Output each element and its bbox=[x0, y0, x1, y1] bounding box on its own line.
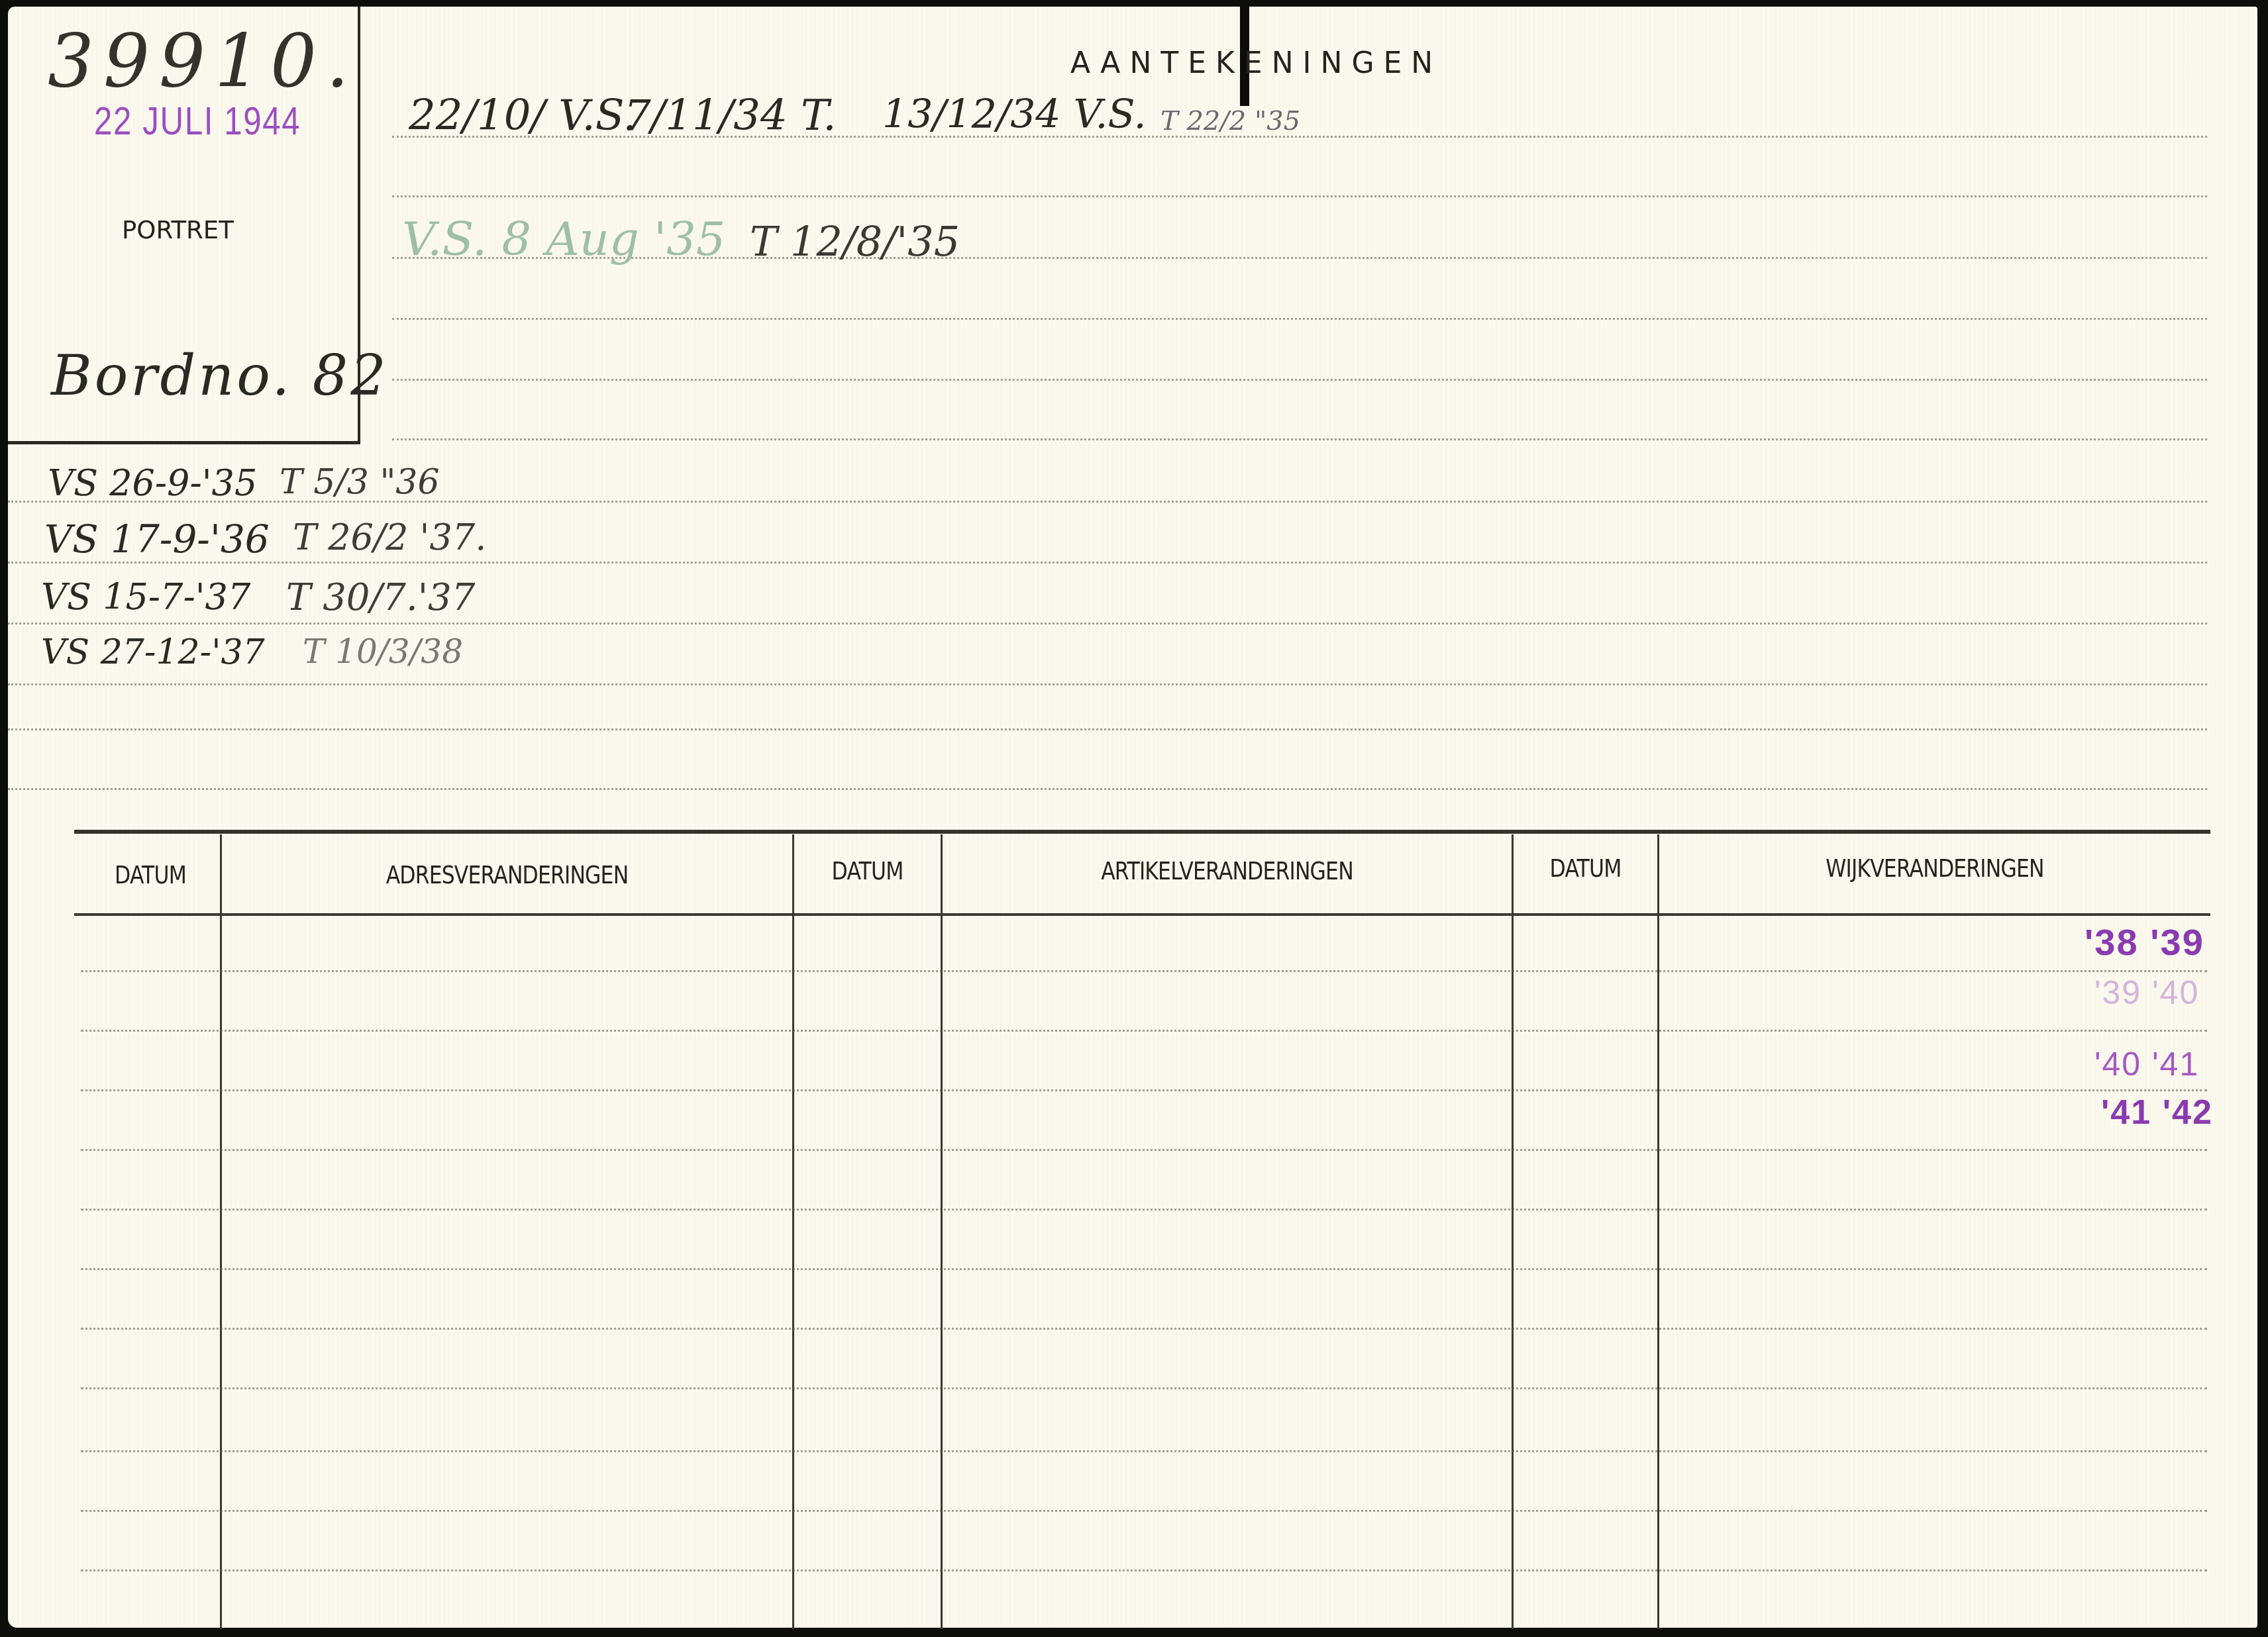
wijk-stamp: '40 '41 bbox=[2094, 1045, 2199, 1083]
t-entry: T 10/3/38 bbox=[303, 632, 463, 671]
table-row-line bbox=[81, 1149, 2207, 1151]
table-row-line bbox=[81, 1387, 2207, 1389]
col-header-adresveranderingen: ADRESVERANDERINGEN bbox=[265, 861, 750, 889]
col-header-datum-3: DATUM bbox=[1524, 854, 1646, 883]
note-line bbox=[8, 683, 2207, 685]
table-top-rule bbox=[74, 830, 2210, 834]
note-entry: 7/11/34 T. bbox=[624, 91, 837, 140]
note-line bbox=[8, 788, 2207, 790]
table-row-line bbox=[81, 1510, 2207, 1512]
col-header-datum-2: DATUM bbox=[805, 857, 930, 885]
note-line bbox=[392, 318, 2207, 320]
wijk-stamp: '38 '39 bbox=[2085, 920, 2204, 964]
table-header-rule bbox=[74, 913, 2210, 916]
table-row-line bbox=[81, 1030, 2207, 1032]
note-line bbox=[392, 379, 2207, 381]
vs-entry: VS 26-9-'35 bbox=[48, 462, 257, 504]
wijk-stamp: '39 '40 bbox=[2094, 973, 2199, 1012]
section-title-aantekeningen: AANTEKENINGEN bbox=[1070, 46, 1442, 80]
vs-entry: VS 15-7-'37 bbox=[41, 576, 250, 618]
note-line bbox=[8, 728, 2207, 730]
vs-entry: VS 27-12-'37 bbox=[41, 632, 265, 672]
bord-number: Bordno. 82 bbox=[51, 343, 389, 408]
t-entry: T 26/2 '37. bbox=[293, 517, 486, 558]
note-line bbox=[392, 195, 2207, 197]
t-entry: T 30/7.'37 bbox=[286, 576, 475, 619]
table-row-line bbox=[81, 1268, 2207, 1270]
wijk-stamp: '41 '42 bbox=[2101, 1093, 2213, 1132]
note-entry: 22/10/ V.S. bbox=[409, 91, 637, 140]
table-row-line bbox=[81, 1569, 2207, 1571]
note-entry: T 12/8/'35 bbox=[750, 217, 960, 266]
note-line bbox=[8, 562, 2207, 564]
note-line bbox=[392, 438, 2207, 440]
note-line bbox=[8, 622, 2207, 624]
table-row-line bbox=[81, 1450, 2207, 1452]
table-row-line bbox=[81, 970, 2207, 972]
t-entry: T 5/3 "36 bbox=[280, 462, 440, 502]
table-row-line bbox=[81, 1328, 2207, 1330]
date-stamp: 22 JULI 1944 bbox=[94, 98, 301, 144]
registration-card: 39910. 22 JULI 1944 PORTRET Bordno. 82 A… bbox=[8, 7, 2257, 1628]
note-entry: T 22/2 "35 bbox=[1160, 106, 1300, 136]
col-header-wijkveranderingen: WIJKVERANDERINGEN bbox=[1700, 854, 2169, 883]
registration-number: 39910. bbox=[48, 19, 358, 103]
col-header-artikelveranderingen: ARTIKELVERANDERINGEN bbox=[985, 857, 1469, 885]
table-row-line bbox=[81, 1089, 2207, 1091]
vs-entry: VS 17-9-'36 bbox=[44, 517, 270, 562]
col-header-datum-1: DATUM bbox=[91, 861, 210, 889]
note-entry: V.S. 8 Aug '35 bbox=[402, 212, 725, 266]
portret-label: PORTRET bbox=[122, 216, 234, 244]
table-row-line bbox=[81, 1209, 2207, 1211]
note-entry: 13/12/34 V.S. bbox=[882, 91, 1147, 138]
